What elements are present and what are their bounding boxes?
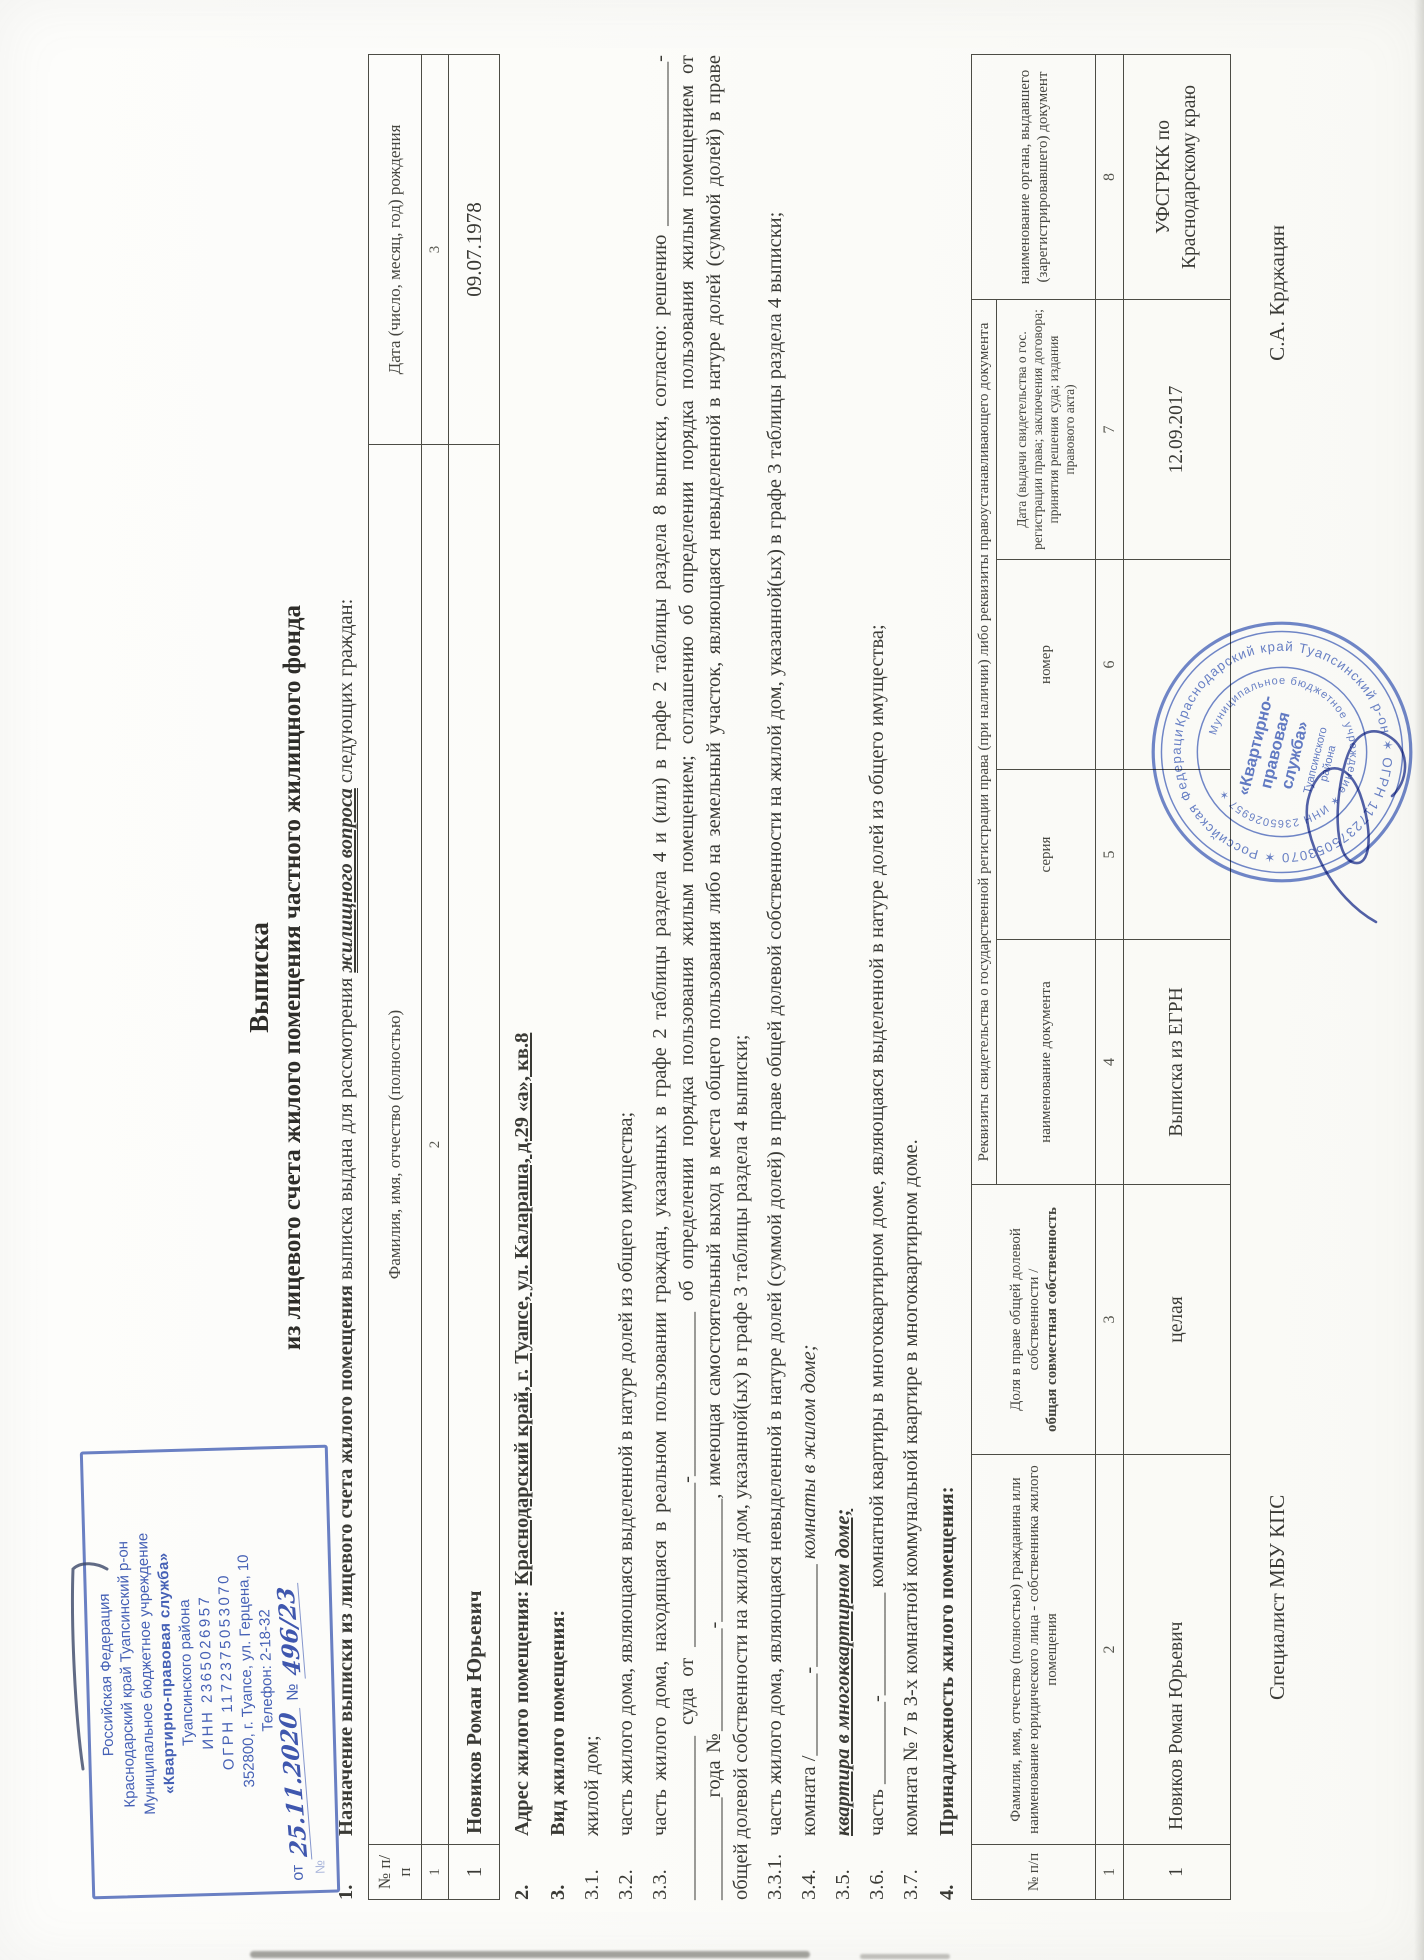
ownership-numbering-row: 1 2 3 4 5 6 7 8 [1096,55,1124,1900]
table-cell: 3 [1096,1185,1124,1455]
stamp-from-label: от [288,1864,308,1880]
ownership-table: № п/п Фамилия, имя, отчество (полностью)… [971,54,1231,1900]
item-text: часть жилого дома, находящаяся в реально… [649,55,752,1900]
ownership-data-row: 1 Новиков Роман Юрьевич целая Выписка из… [1124,55,1231,1900]
item-text: квартира в многоквартирном доме; [832,1509,854,1836]
ownership-col-requisites-group: Реквизиты свидетельства о государственно… [972,300,997,1185]
ownership-col-owner: Фамилия, имя, отчество (полностью) гражд… [972,1455,1096,1845]
section-4-number: 4. [934,1836,961,1900]
section-1-emphasis: жилищного вопроса [335,788,358,972]
specialist-name: С.А. Крджацян [1265,225,1290,361]
table-cell: 5 [1096,770,1124,940]
item-number: 3.7. [898,1836,925,1900]
item-number: 3.5. [830,1836,857,1900]
dwelling-address: Краснодарский край, г. Туапсе, ул. Калар… [511,1033,533,1586]
table-cell: 2 [422,445,449,1845]
item-text: часть жилого дома, являющаяся выделенной… [615,1112,637,1836]
ownership-col-authority: наименование органа, выдавшего (зарегист… [972,55,1096,300]
section-3-heading: 3.Вид жилого помещения: [545,55,572,1900]
citizens-col-number: № п/п [369,1845,422,1900]
citizen-row-index: 1 [449,1845,500,1900]
dwelling-type-item-3-5: 3.5.квартира в многоквартирном доме; [830,55,857,1900]
section-1-bold-text: Назначение выписки из лицевого счета жил… [335,1285,357,1836]
ownership-subcol-doc-name: наименование документа [997,940,1096,1185]
handwritten-number: 496/23 [276,1580,306,1678]
ownership-col-number: № п/п [972,1845,1096,1900]
item-number: 3.2. [613,1836,640,1900]
ownership-subcol-series: серия [997,770,1096,940]
dwelling-type-item-3-7: 3.7.комната № 7 в 3-х комнатной коммунал… [898,55,925,1900]
ownership-subcol-date: Дата (выдачи свидетельства о гос. регист… [997,300,1096,560]
table-cell: 8 [1096,55,1124,300]
dwelling-type-item-3-3-1: 3.3.1.часть жилого дома, являющаяся невы… [762,55,789,1900]
citizens-header-row: № п/п Фамилия, имя, отчество (полностью)… [369,55,422,1900]
item-text: комната № 7 в 3-х комнатной коммунальной… [900,1139,922,1836]
owner-authority: УФСГРКК по Краснодарскому краю [1124,55,1231,300]
item-number: 3.4. [796,1836,823,1900]
owner-doc-date: 12.09.2017 [1124,300,1231,560]
specialist-label: Специалист МБУ КПС [1265,1495,1290,1700]
document-canvas: Российская Федерация Краснодарский край … [0,0,1424,1960]
section-4-heading: 4.Принадлежность жилого помещения: [934,55,961,1900]
table-cell: 2 [1096,1455,1124,1845]
item-text: жилой дом; [581,1735,603,1836]
signature-line: Специалист МБУ КПС С.А. Крджацян [1265,55,1290,1900]
owner-fullname: Новиков Роман Юрьевич [1124,1455,1231,1845]
citizen-birthdate: 09.07.1978 [449,55,500,445]
dwelling-type-item-3-1: 3.1.жилой дом; [579,55,606,1900]
dwelling-type-item-3-4: 3.4.комната /________-__________ комнаты… [796,55,823,1900]
pen-bracket-mark [55,1545,125,1775]
scan-edge-smudge [250,1951,810,1958]
item-number: 3.3.1. [762,1836,789,1900]
section-3-label: Вид жилого помещения: [547,1610,569,1836]
scan-edge-shade [1414,0,1424,1960]
owner-doc-name: Выписка из ЕГРН [1124,940,1231,1185]
citizens-data-row: 1 Новиков Роман Юрьевич 09.07.1978 [449,55,500,1900]
section-1-normal-text: выписка выдана для рассмотрения [335,973,357,1285]
item-number: 3.1. [579,1836,606,1900]
section-1-tail: следующих граждан: [335,599,357,789]
citizens-col-birthdate: Дата (число, месяц, год) рождения [369,55,422,445]
ownership-subcol-number: номер [997,560,1096,770]
table-cell: 3 [422,55,449,445]
section-2-number: 2. [509,1836,536,1900]
share-header-normal: Доля в праве общей долевой собственности… [1008,1228,1042,1411]
table-cell: 1 [422,1845,449,1900]
dwelling-type-item-3-2: 3.2.часть жилого дома, являющаяся выделе… [613,55,640,1900]
section-1-purpose: 1.Назначение выписки из лицевого счета ж… [333,55,360,1900]
item-text: часть ________-__________ комнатной квар… [866,624,888,1836]
section-4-label: Принадлежность жилого помещения: [936,1486,958,1836]
table-cell: 7 [1096,300,1124,560]
share-header-bold: общая совместная собственность [1043,1190,1061,1449]
item-number: 3.3. [647,1836,674,1900]
section-2-label: Адрес жилого помещения: [511,1585,533,1836]
citizen-fullname: Новиков Роман Юрьевич [449,445,500,1845]
signature-stroke [1292,702,1422,932]
item-text: часть жилого дома, являющаяся невыделенн… [764,212,786,1836]
citizens-table: № п/п Фамилия, имя, отчество (полностью)… [368,54,500,1900]
section-2-address: 2.Адрес жилого помещения: Краснодарский … [509,55,536,1900]
dwelling-type-item-3-3: 3.3.часть жилого дома, находящаяся в реа… [647,55,755,1900]
item-text-italic: комнаты в жилом доме; [798,1344,820,1559]
table-cell: 1 [1096,1845,1124,1900]
item-text: комната /________-__________ [798,1559,820,1836]
dwelling-type-item-3-6: 3.6.часть ________-__________ комнатной … [864,55,891,1900]
scanned-page: Российская Федерация Краснодарский край … [0,0,1424,1960]
citizens-col-fullname: Фамилия, имя, отчество (полностью) [369,445,422,1845]
stamp-number-label: № [283,1683,303,1701]
section-3-number: 3. [545,1836,572,1900]
table-cell: 4 [1096,940,1124,1185]
owner-share: целая [1124,1185,1231,1455]
scan-edge-smudge-small [860,1954,950,1959]
table-cell: 6 [1096,560,1124,770]
item-number: 3.6. [864,1836,891,1900]
owner-row-index: 1 [1124,1845,1231,1900]
citizens-numbering-row: 1 2 3 [422,55,449,1900]
ownership-col-share: Доля в праве общей долевой собственности… [972,1185,1096,1455]
ownership-header-row-1: № п/п Фамилия, имя, отчество (полностью)… [972,55,997,1900]
